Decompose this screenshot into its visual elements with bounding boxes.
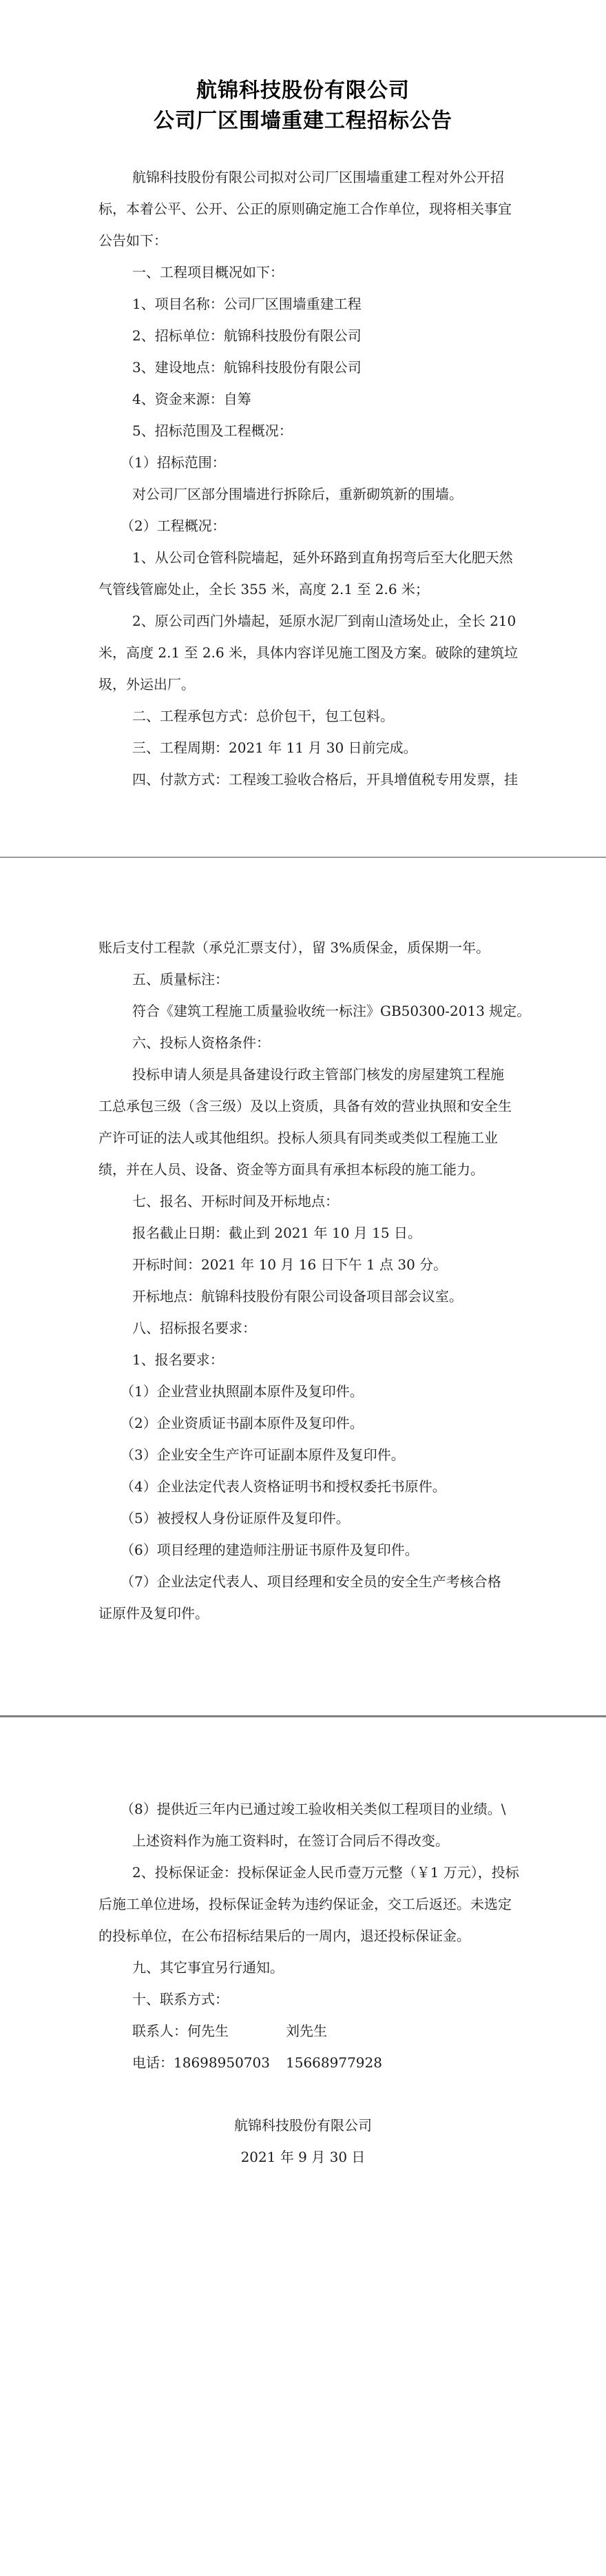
scope-text: 对公司厂区部分围墙进行拆除后，重新砌筑新的围墙。	[132, 484, 587, 504]
section-2: 二、工程承包方式：总价包干，包工包料。	[132, 706, 587, 726]
section-7-heading: 七、报名、开标时间及开标地点：	[132, 1191, 587, 1212]
requirement-2: （2）企业资质证书副本原件及复印件。	[121, 1413, 575, 1433]
section-6-heading: 六、投标人资格条件：	[132, 1032, 587, 1053]
section-10-heading: 十、联系方式：	[132, 1989, 587, 2010]
item-tender-unit: 2、招标单位：航锦科技股份有限公司	[132, 325, 587, 346]
overview-2-line-2: 米，高度 2.1 至 2.6 米，具体内容详见施工图及方案。破除的建筑垃	[98, 642, 553, 663]
section-6-line-4: 绩，并在人员、设备、资金等方面具有承担本标段的施工能力。	[98, 1159, 553, 1180]
materials-note: 上述资料作为施工资料时，在签订合同后不得改变。	[132, 1830, 587, 1851]
signature-date: 2021 年 9 月 30 日	[0, 2146, 606, 2166]
section-6-line-1: 投标申请人须是具备建设行政主管部门核发的房屋建筑工程施	[132, 1064, 587, 1085]
deposit-line-3: 的投标单位，在公布招标结果后的一周内，退还投标保证金。	[98, 1925, 553, 1946]
company-title: 航锦科技股份有限公司	[0, 73, 606, 103]
section-4-end: 账后支付工程款（承兑汇票支付），留 3%质保金，质保期一年。	[98, 937, 553, 958]
deposit-line-1: 2、投标保证金：投标保证金人民币壹万元整（￥1 万元），投标	[132, 1862, 587, 1883]
requirement-1: （1）企业营业执照副本原件及复印件。	[121, 1381, 575, 1402]
intro-line-1: 航锦科技股份有限公司拟对公司厂区围墙重建工程对外公开招	[132, 167, 553, 187]
section-8-heading: 八、招标报名要求：	[132, 1318, 587, 1338]
contact-phone-2: 15668977928	[286, 2052, 382, 2073]
scope-heading: （1）招标范围：	[121, 452, 575, 473]
requirement-4: （4）企业法定代表人资格证明书和授权委托书原件。	[121, 1476, 575, 1497]
intro-line-3: 公告如下：	[98, 230, 553, 251]
deposit-line-2: 后施工单位进场，投标保证金转为违约保证金，交工后返还。未选定	[98, 1894, 553, 1914]
contact-phones-row: 电话：18698950703 15668977928	[132, 2052, 587, 2073]
contact-persons-row: 联系人：何先生 刘先生	[132, 2021, 587, 2041]
item-project-name: 1、项目名称：公司厂区围墙重建工程	[132, 294, 587, 314]
registration-deadline: 报名截止日期：截止到 2021 年 10 月 15 日。	[132, 1223, 587, 1243]
overview-2-line-1: 2、原公司西门外墙起，延原水泥厂到南山渣场处止，全长 210	[132, 611, 587, 631]
section-9: 九、其它事宜另行通知。	[132, 1957, 587, 1978]
contact-phone-1: 电话：18698950703	[132, 2054, 270, 2071]
requirement-3: （3）企业安全生产许可证副本原件及复印件。	[121, 1444, 575, 1465]
item-scope: 5、招标范围及工程概况：	[132, 420, 587, 441]
requirement-6: （6）项目经理的建造师注册证书原件及复印件。	[121, 1540, 575, 1560]
section-5-text: 符合《建筑工程施工质量验收统一标注》GB50300-2013 规定。	[132, 1001, 587, 1021]
section-6-line-3: 产许可证的法人或其他组织。投标人须具有同类或类似工程施工业	[98, 1127, 553, 1148]
requirements-heading: 1、报名要求：	[132, 1349, 587, 1370]
requirement-5: （5）被授权人身份证原件及复印件。	[121, 1508, 575, 1529]
section-3: 三、工程周期：2021 年 11 月 30 日前完成。	[132, 737, 587, 758]
overview-heading: （2）工程概况：	[121, 515, 575, 536]
requirement-8: （8）提供近三年内已通过竣工验收相关类似工程项目的业绩。\	[121, 1799, 575, 1819]
overview-2-line-3: 圾，外运出厂。	[98, 674, 553, 695]
contact-person-1: 联系人：何先生	[132, 2023, 229, 2039]
requirement-7-line-2: 证原件及复印件。	[98, 1603, 553, 1624]
contact-person-2: 刘先生	[286, 2021, 327, 2041]
overview-1-line-1: 1、从公司仓管科院墙起，延外环路到直角拐弯后至大化肥天然	[132, 547, 587, 568]
page-divider-2	[0, 1715, 606, 1717]
section-6-line-2: 工总承包三级（含三级）及以上资质，具备有效的营业执照和安全生	[98, 1096, 553, 1116]
section-5-heading: 五、质量标注：	[132, 969, 587, 990]
intro-line-2: 标，本着公平、公开、公正的原则确定施工合作单位，现将相关事宜	[98, 198, 553, 219]
section-4-start: 四、付款方式：工程竣工验收合格后，开具增值税专用发票，挂	[132, 769, 587, 790]
item-location: 3、建设地点：航锦科技股份有限公司	[132, 357, 587, 378]
page-divider-1	[0, 857, 606, 858]
section-1-heading: 一、工程项目概况如下：	[132, 262, 587, 283]
opening-time: 开标时间：2021 年 10 月 16 日下午 1 点 30 分。	[132, 1254, 587, 1275]
requirement-7-line-1: （7）企业法定代表人、项目经理和安全员的安全生产考核合格	[121, 1571, 575, 1592]
document-title: 公司厂区围墙重建工程招标公告	[0, 103, 606, 134]
opening-place: 开标地点：航锦科技股份有限公司设备项目部会议室。	[132, 1286, 587, 1307]
overview-1-line-2: 气管线管廊处止，全长 355 米，高度 2.1 至 2.6 米；	[98, 579, 553, 600]
signature-company: 航锦科技股份有限公司	[0, 2114, 606, 2134]
item-funding: 4、资金来源：自筹	[132, 389, 587, 409]
